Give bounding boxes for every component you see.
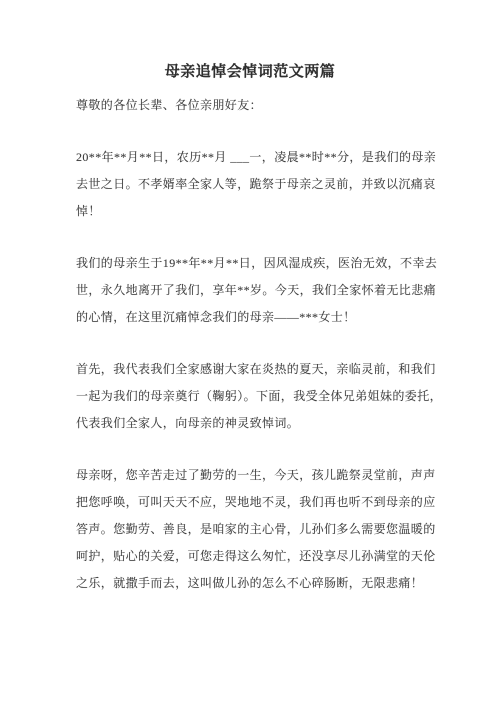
paragraph-thanks-to-guests: 首先，我代表我们全家感谢大家在炎热的夏天，亲临灵前，和我们 一起为我们的母亲奠行… <box>76 356 428 437</box>
paragraph-mourning-address: 母亲呀，您辛苦走过了勤劳的一生，今天，孩儿跪祭灵堂前，声声 把您呼唤，可叫天天不… <box>76 462 428 597</box>
greeting-line: 尊敬的各位长辈、各位亲朋好友： <box>76 92 428 119</box>
page-title: 母亲追悼会悼词范文两篇 <box>0 61 500 84</box>
paragraph-date-of-death: 20**年**月**日，农历**月 ___一，凌晨**时**分，是我们的母亲 去… <box>76 144 428 225</box>
document-page: 母亲追悼会悼词范文两篇 尊敬的各位长辈、各位亲朋好友： 20**年**月**日，… <box>0 0 500 708</box>
paragraph-mother-biography: 我们的母亲生于19**年**月**日，因风湿成疾，医治无效，不幸去 世，永久地离… <box>76 250 428 331</box>
document-body: 尊敬的各位长辈、各位亲朋好友： 20**年**月**日，农历**月 ___一，凌… <box>76 92 428 597</box>
